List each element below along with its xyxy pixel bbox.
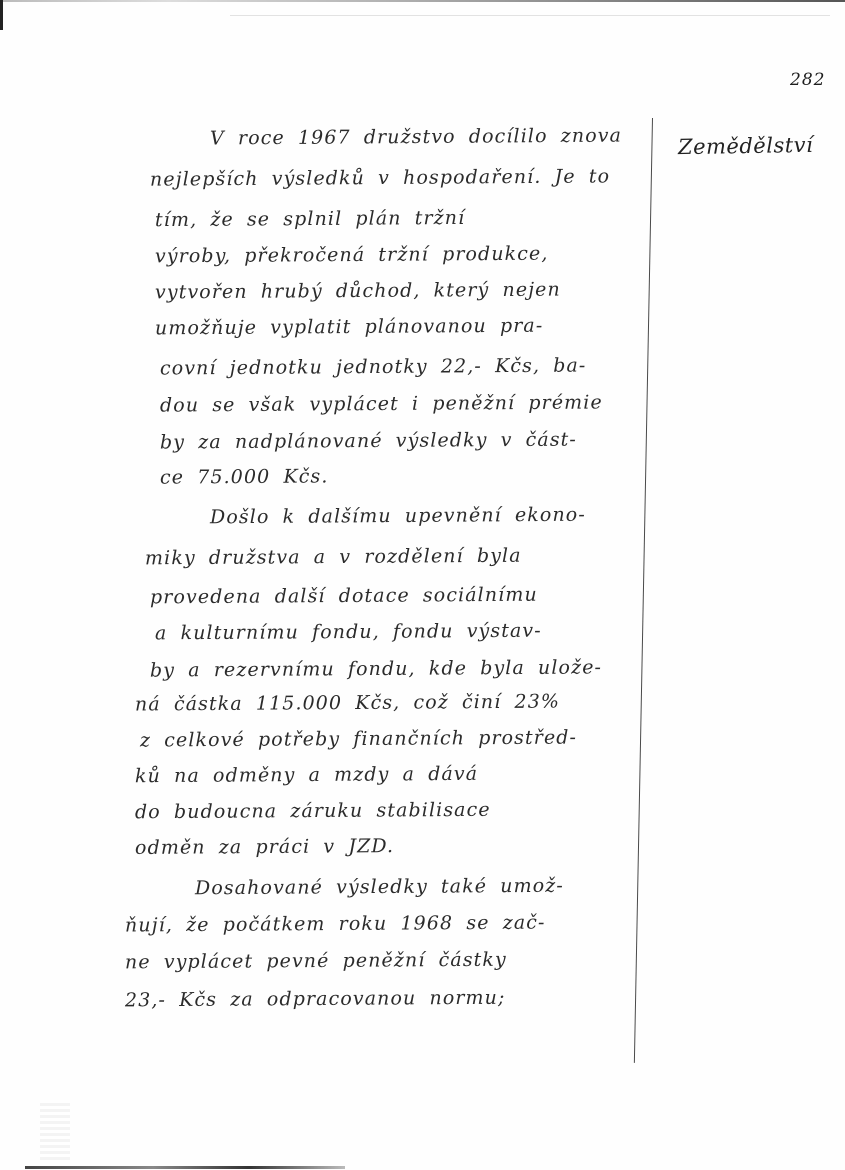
scan-bottom-edge	[25, 1166, 345, 1169]
text-line: umožňuje vyplatit plánovanou pra-	[155, 315, 543, 340]
text-line: by za nadplánované výsledky v část-	[160, 429, 577, 454]
text-line: tím, že se splnil plán tržní	[155, 207, 465, 231]
text-line: výroby, překročená tržní produkce,	[155, 243, 549, 268]
text-line: ne vyplácet pevné peněžní částky	[125, 949, 507, 974]
text-line: Dosahované výsledky také umož-	[195, 875, 564, 900]
text-line: ňují, že počátkem roku 1968 se zač-	[125, 912, 546, 937]
text-line: a kulturnímu fondu, fondu výstav-	[155, 620, 542, 645]
text-line: by a rezervnímu fondu, kde byla ulože-	[150, 656, 602, 681]
text-line: miky družstva a v rozdělení byla	[145, 545, 522, 570]
text-line: nejlepších výsledků v hospodaření. Je to	[150, 165, 610, 190]
text-line: provedena další dotace sociálnímu	[150, 584, 538, 609]
margin-heading: Zemědělství	[678, 133, 814, 159]
text-line: dou se však vyplácet i peněžní prémie	[160, 391, 603, 416]
text-line: Došlo k dalšímu upevnění ekono-	[210, 504, 586, 529]
text-line: ků na odměny a mzdy a dává	[135, 763, 478, 787]
text-line: do budoucna záruku stabilisace	[135, 799, 491, 823]
text-line: ná částka 115.000 Kčs, což činí 23%	[135, 691, 560, 716]
text-line: vytvořen hrubý důchod, který nejen	[155, 279, 561, 304]
text-line: odměn za práci v JZD.	[135, 835, 394, 859]
scan-top-edge	[0, 0, 845, 2]
text-line: V roce 1967 družstvo docílilo znova	[210, 125, 622, 150]
page-number: 282	[790, 70, 825, 90]
text-line: covní jednotku jednotky 22,- Kčs, ba-	[160, 355, 587, 380]
text-line: z celkové potřeby finančních prostřed-	[140, 726, 577, 751]
scanned-page: 282 Zemědělství V roce 1967 družstvo doc…	[0, 0, 845, 1170]
scan-noise	[40, 1100, 70, 1160]
text-line: ce 75.000 Kčs.	[160, 465, 329, 488]
text-line: 23,- Kčs za odpracovanou normu;	[125, 987, 506, 1012]
scan-streak	[230, 15, 830, 16]
margin-rule	[634, 118, 654, 1063]
scan-corner-shadow	[0, 0, 3, 30]
